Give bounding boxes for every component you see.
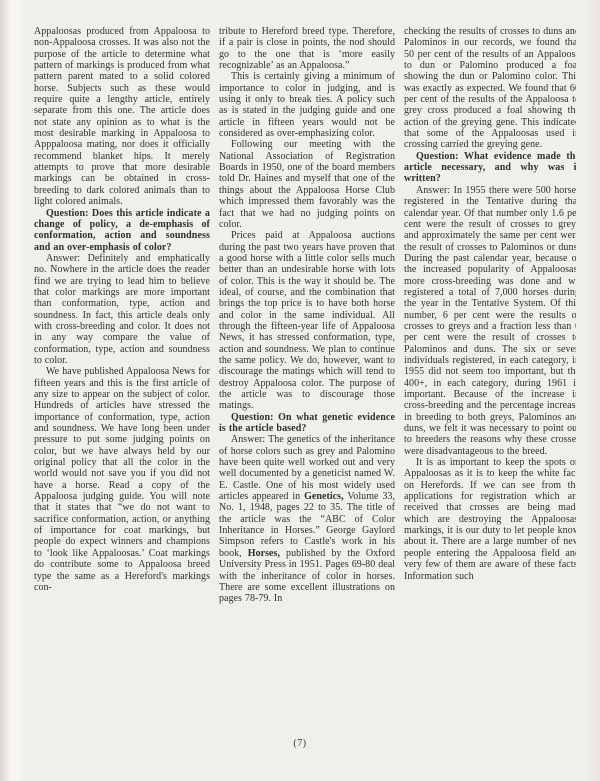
paragraph-continuation: Appaloosas produced from Appaloosa to no… (34, 26, 210, 208)
paragraph-continuation: checking the results of crosses to duns … (404, 26, 576, 151)
column-2: tribute to Hereford breed type. Therefor… (219, 26, 395, 730)
answer-paragraph: Answer: The genetics of the inheritance … (219, 434, 395, 604)
question-heading: Question: Does this article indicate a c… (34, 208, 210, 253)
book-title-horses: Horses, (248, 548, 280, 559)
question-heading: Question: What evidence made the article… (404, 151, 576, 185)
document-page: Appaloosas produced from Appaloosa to no… (0, 0, 600, 781)
column-1: Appaloosas produced from Appaloosa to no… (34, 26, 210, 730)
paragraph: This is certainly giving a minimum of im… (219, 71, 395, 139)
paragraph-continuation: tribute to Hereford breed type. Therefor… (219, 26, 395, 71)
answer-paragraph: Answer: Definitely and emphatically no. … (34, 253, 210, 366)
paragraph: It is as important to keep the spots on … (404, 457, 576, 582)
paragraph: We have published Appaloosa News for fif… (34, 366, 210, 593)
book-title-genetics: Genetics, (304, 491, 344, 502)
column-3: checking the results of crosses to duns … (404, 26, 576, 730)
paragraph: Following our meeting with the National … (219, 139, 395, 230)
answer-paragraph: Answer: In 1955 there were 500 horses re… (404, 185, 576, 457)
paragraph: Prices paid at Appaloosa auctions during… (219, 230, 395, 412)
page-number: (7) (0, 738, 600, 749)
question-heading: Question: On what genetic evidence is th… (219, 412, 395, 435)
text-columns: Appaloosas produced from Appaloosa to no… (34, 26, 576, 730)
